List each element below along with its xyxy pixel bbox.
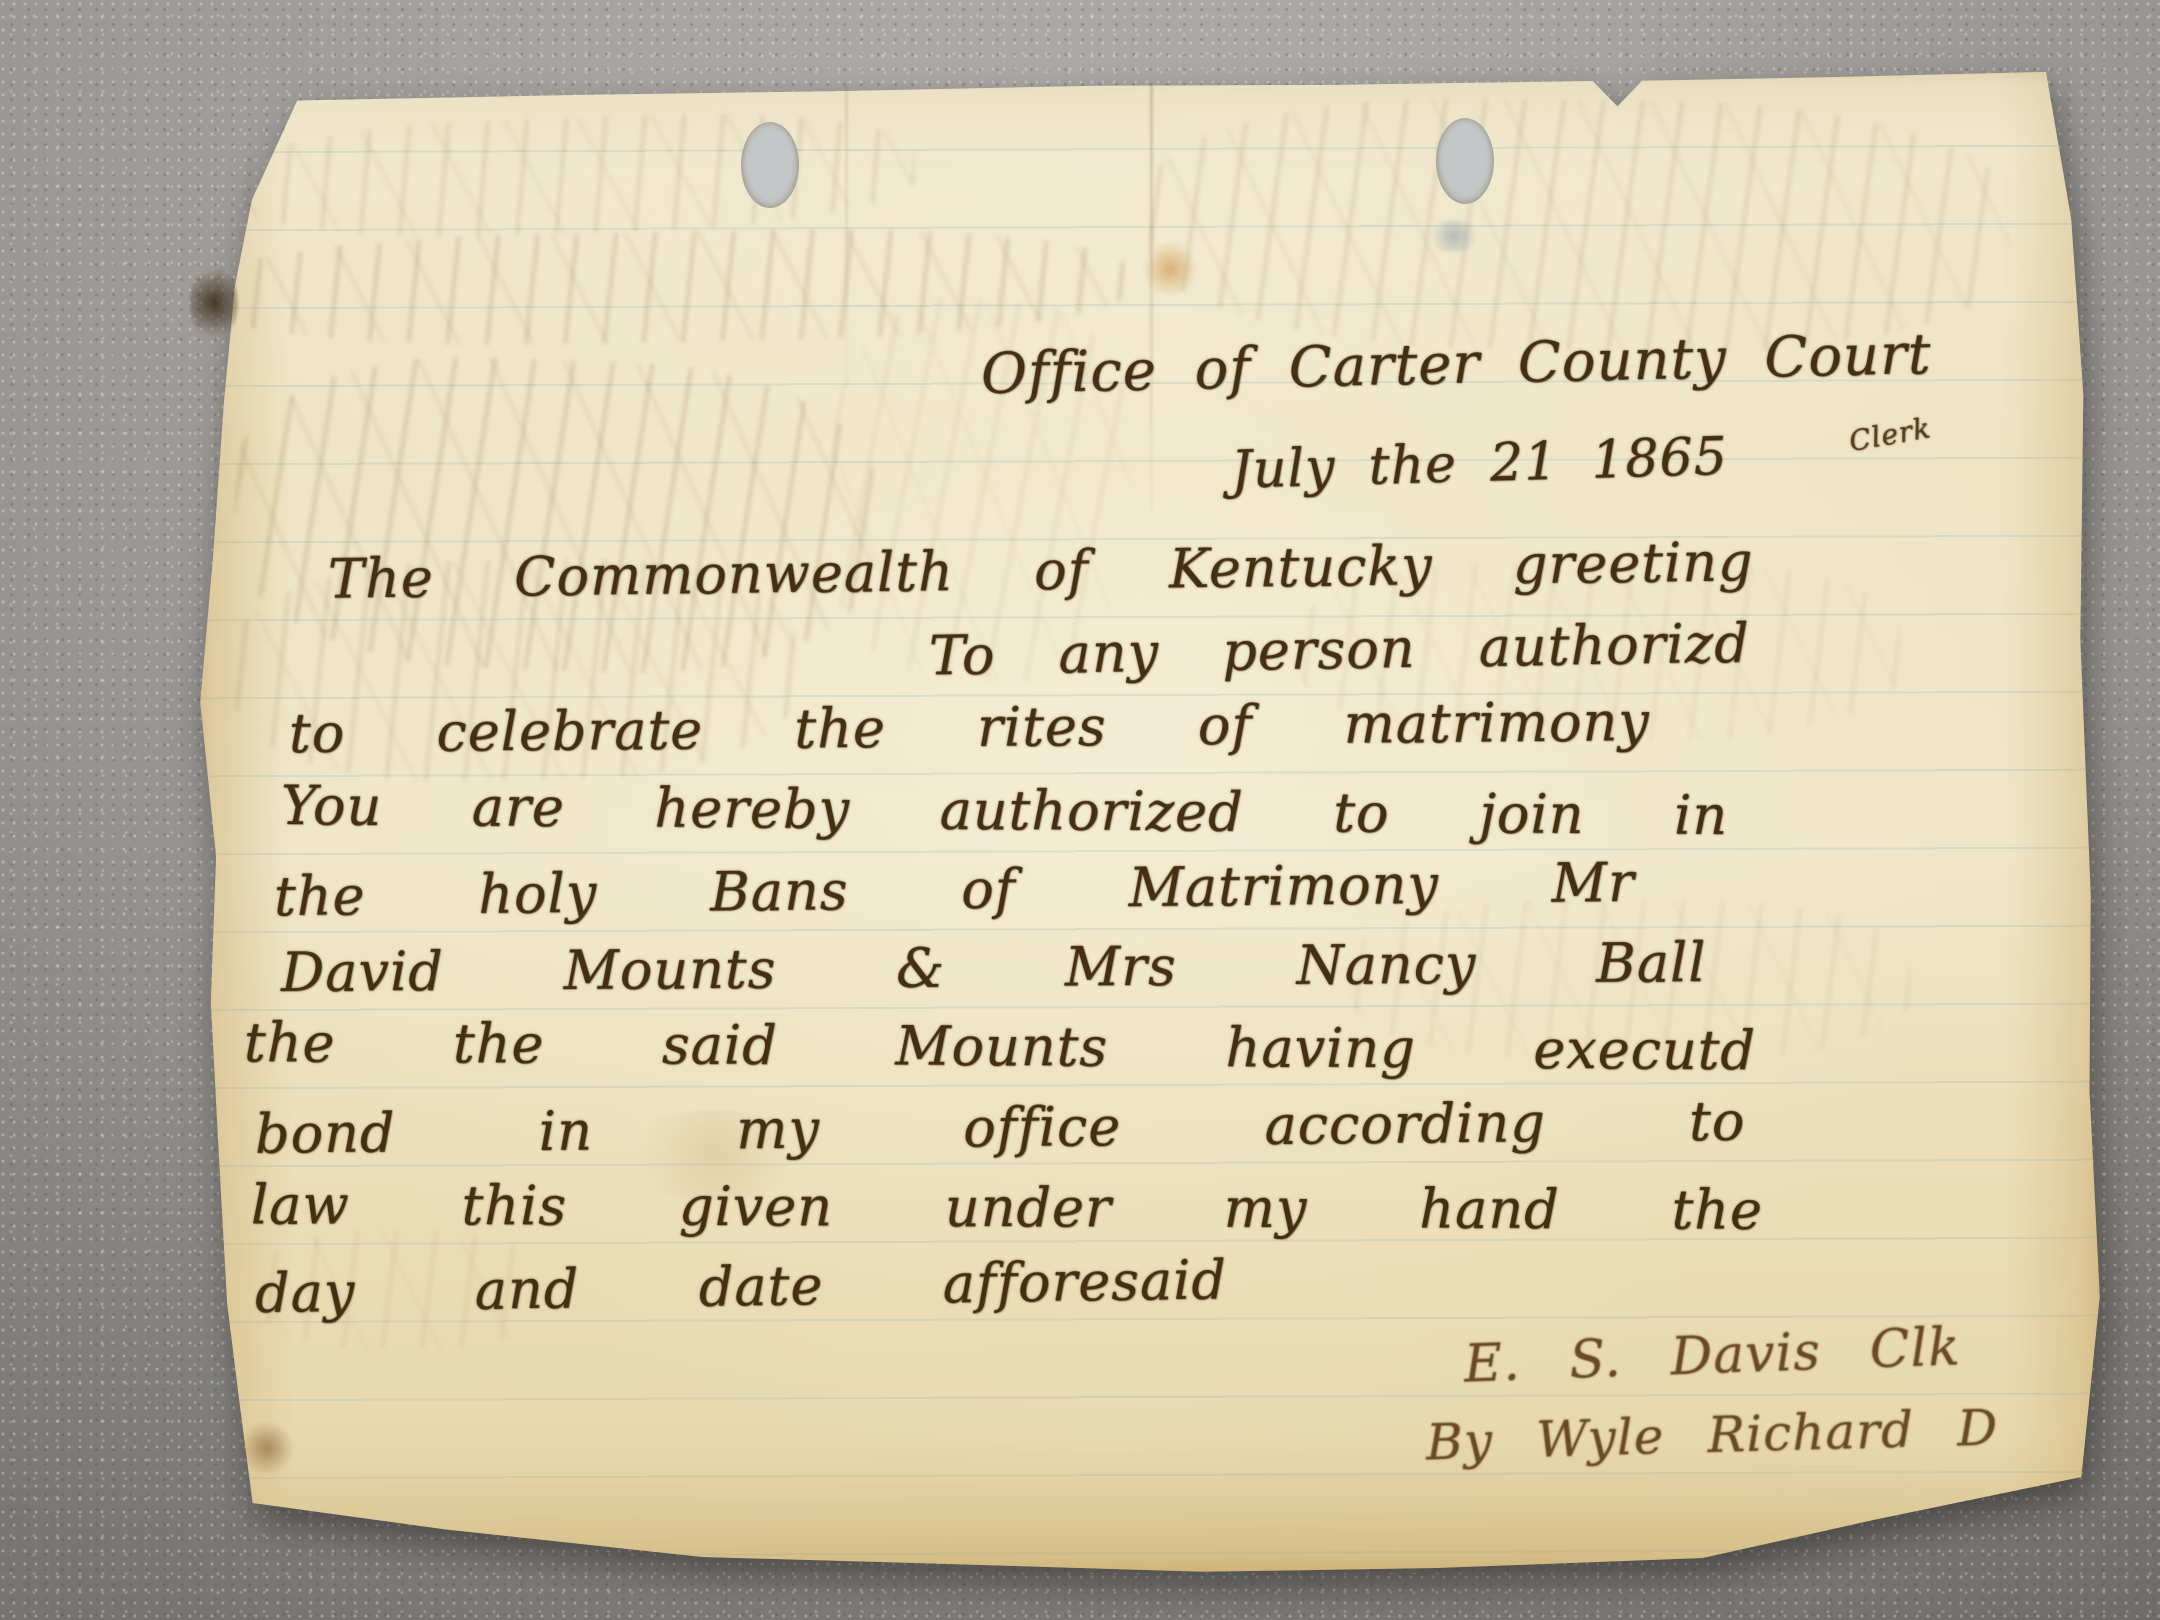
body-line-4: You are hereby authorized to join in [281,776,1729,845]
body-line-6: David Mounts & Mrs Nancy Ball [281,933,1707,1002]
fold-crease [845,85,848,385]
punch-hole-right [1436,118,1494,204]
stain-top-center [1140,243,1200,295]
fold-crease [1150,85,1153,515]
photo-background: Office of Carter County Court Clerk July… [0,0,2160,1620]
blue-smudge [1425,220,1483,252]
body-line-10: day and date afforesaid [255,1250,1228,1323]
body-line-9: law this given under my hand the [250,1175,1762,1240]
body-line-7: the the said Mounts having executd [244,1013,1756,1080]
body-line-3: to celebrate the rites of matrimony [289,692,1650,763]
body-line-2: To any person authorizd [928,614,1750,686]
bleed-through-patch [1148,93,2012,358]
punch-hole-left [741,122,799,208]
ink-blotch-left-edge [190,262,238,344]
body-line-8: bond in my office according to [255,1092,1746,1164]
fox-spot-bottom-left [238,1422,296,1474]
body-line-5: the holy Bans of Matrimony Mr [274,853,1635,927]
